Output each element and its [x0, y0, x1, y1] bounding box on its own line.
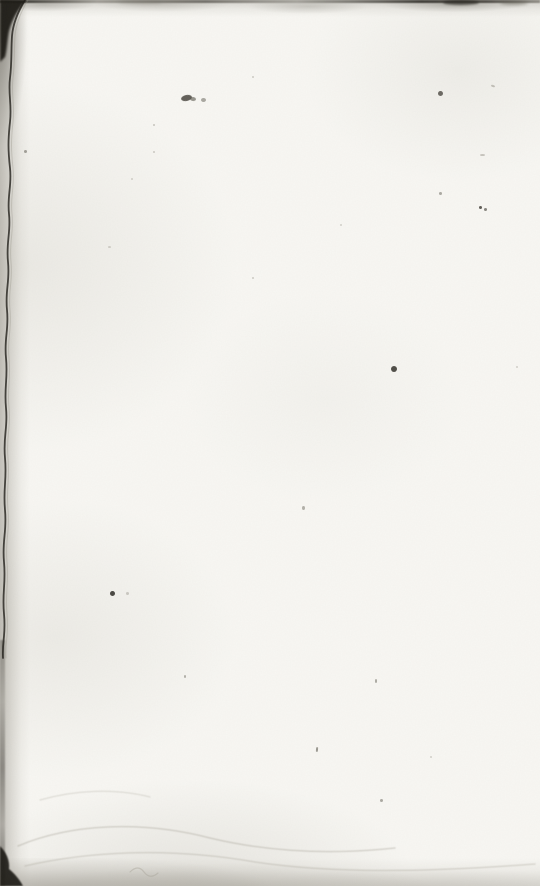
speck	[480, 154, 485, 156]
speck	[380, 799, 383, 802]
speck	[443, 0, 479, 5]
speck	[500, 1, 528, 5]
speck	[110, 591, 115, 596]
scanned-page	[0, 0, 540, 886]
speck	[131, 178, 133, 180]
speck	[302, 506, 305, 510]
speck	[190, 97, 196, 102]
speck	[201, 98, 206, 102]
speck	[108, 246, 111, 248]
speck	[439, 192, 442, 195]
speck	[391, 366, 397, 372]
speck	[375, 679, 377, 683]
speck	[153, 124, 155, 126]
speck	[316, 747, 318, 752]
speck	[24, 150, 27, 153]
speck	[184, 675, 186, 678]
speck	[484, 208, 487, 211]
speck	[438, 91, 443, 96]
speck	[118, 0, 162, 4]
speck	[126, 592, 129, 595]
speck	[516, 366, 518, 368]
speck	[153, 151, 155, 153]
speck	[340, 224, 342, 226]
speck	[479, 206, 482, 209]
specks-layer	[0, 0, 540, 886]
speck	[252, 277, 254, 279]
speck	[430, 756, 432, 758]
speck	[491, 84, 495, 87]
speck	[252, 76, 254, 78]
